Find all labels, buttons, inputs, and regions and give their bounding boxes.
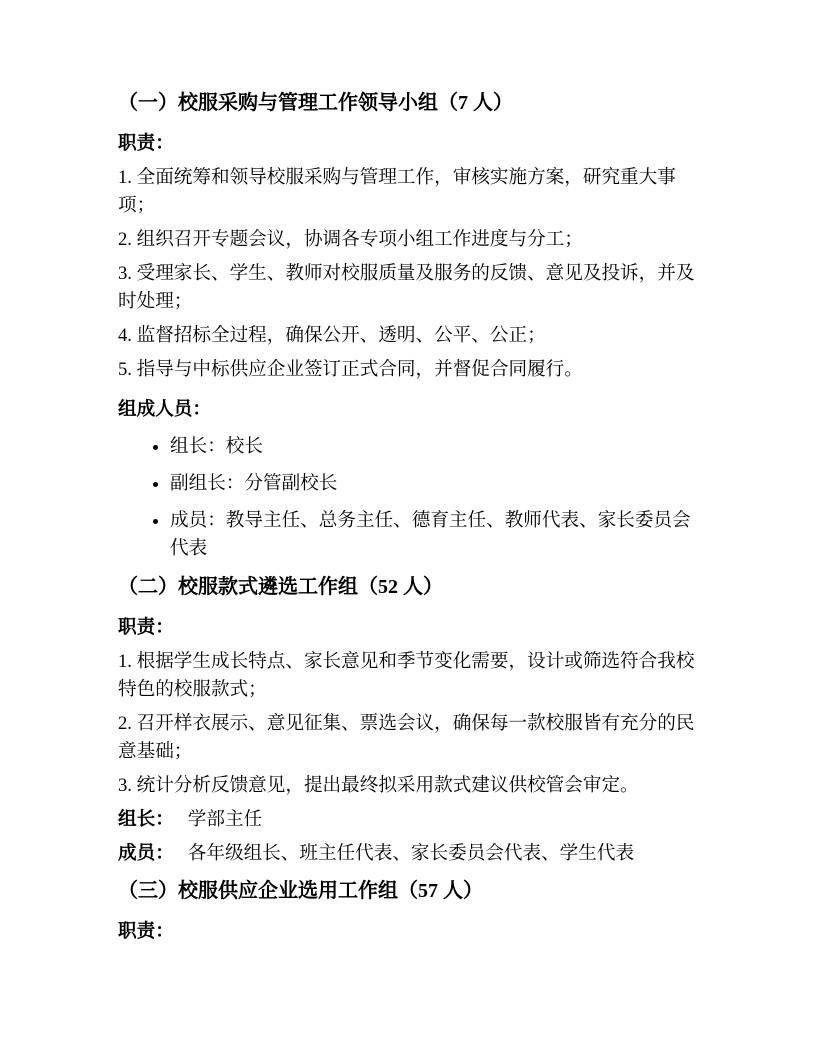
section-style-selection-group: （二）校服款式遴选工作组（52 人） 职责： 1. 根据学生成长特点、家长意见和… <box>118 572 698 868</box>
section-3-duties-label: 职责： <box>118 918 698 946</box>
section-1-members-list: 组长：校长 副组长：分管副校长 成员：教导主任、总务主任、德育主任、教师代表、家… <box>118 433 698 563</box>
members-value: 各年级组长、班主任代表、家长委员会代表、学生代表 <box>188 843 634 864</box>
section-1-duties-label: 职责： <box>118 130 698 158</box>
section-supplier-selection-group: （三）校服供应企业选用工作组（57 人） 职责： <box>118 876 698 946</box>
section-2-members-row: 成员：各年级组长、班主任代表、家长委员会代表、学生代表 <box>118 840 698 868</box>
member-item-leader: 组长：校长 <box>170 433 698 461</box>
section-1-heading: （一）校服采购与管理工作领导小组（7 人） <box>118 88 698 118</box>
members-label: 成员： <box>118 843 174 864</box>
member-item-deputy-leader: 副组长：分管副校长 <box>170 470 698 498</box>
section-1-duty-2: 2. 组织召开专题会议，协调各专项小组工作进度与分工； <box>118 226 698 254</box>
section-2-duty-3: 3. 统计分析反馈意见，提出最终拟采用款式建议供校管会审定。 <box>118 772 698 800</box>
section-2-leader-row: 组长：学部主任 <box>118 806 698 834</box>
leader-label: 组长： <box>118 809 174 830</box>
document-page: （一）校服采购与管理工作领导小组（7 人） 职责： 1. 全面统筹和领导校服采购… <box>0 0 816 1056</box>
section-2-duties-label: 职责： <box>118 614 698 642</box>
section-2-duty-1: 1. 根据学生成长特点、家长意见和季节变化需要，设计或筛选符合我校特色的校服款式… <box>118 648 698 704</box>
section-1-duty-3: 3. 受理家长、学生、教师对校服质量及服务的反馈、意见及投诉，并及时处理； <box>118 260 698 316</box>
section-1-duty-5: 5. 指导与中标供应企业签订正式合同，并督促合同履行。 <box>118 356 698 384</box>
section-1-members-label: 组成人员： <box>118 396 698 424</box>
section-2-heading: （二）校服款式遴选工作组（52 人） <box>118 572 698 602</box>
leader-value: 学部主任 <box>188 809 262 830</box>
section-1-duty-1: 1. 全面统筹和领导校服采购与管理工作，审核实施方案，研究重大事项； <box>118 164 698 220</box>
section-3-heading: （三）校服供应企业选用工作组（57 人） <box>118 876 698 906</box>
section-leadership-group: （一）校服采购与管理工作领导小组（7 人） 职责： 1. 全面统筹和领导校服采购… <box>118 88 698 563</box>
member-item-members: 成员：教导主任、总务主任、德育主任、教师代表、家长委员会代表 <box>170 507 698 563</box>
section-1-duty-4: 4. 监督招标全过程，确保公开、透明、公平、公正； <box>118 322 698 350</box>
section-2-duty-2: 2. 召开样衣展示、意见征集、票选会议，确保每一款校服皆有充分的民意基础； <box>118 710 698 766</box>
